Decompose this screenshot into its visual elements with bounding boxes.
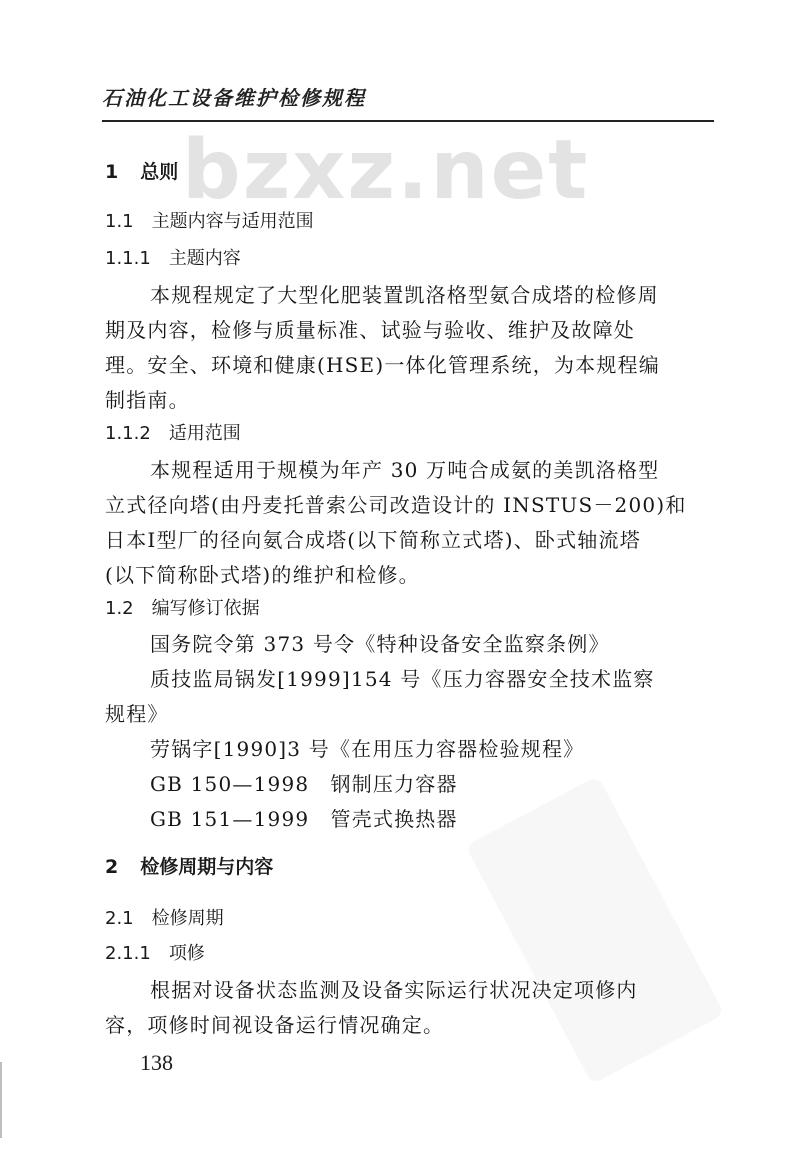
paragraph-line: 本规程规定了大型化肥装置凯洛格型氨合成塔的检修周 [150, 285, 659, 305]
header-rule [102, 120, 714, 122]
paragraph-line: 日本Ⅰ型厂的径向氨合成塔(以下简称立式塔)、卧式轴流塔 [105, 530, 641, 550]
section-heading-2-1-1: 2.1.1项修 [105, 945, 205, 963]
section-title: 主题内容与适用范围 [152, 211, 314, 232]
section-heading-1-1-2: 1.1.2适用范围 [105, 425, 241, 443]
section-heading-1-1: 1.1主题内容与适用范围 [105, 213, 314, 231]
paragraph-line: 立式径向塔(由丹麦托普索公司改造设计的 INSTUS－200)和 [105, 495, 687, 515]
paragraph-line: (以下简称卧式塔)的维护和检修。 [105, 565, 420, 585]
section-title: 检修周期与内容 [140, 856, 273, 878]
reference-item: 劳锅字[1990]3 号《在用压力容器检验规程》 [150, 739, 584, 759]
reference-item: GB 150—1998 钢制压力容器 [150, 774, 458, 794]
paragraph-line: 理。安全、环境和健康(HSE)一体化管理系统，为本规程编 [105, 355, 660, 375]
section-number: 1.2 [105, 600, 134, 618]
section-number: 1.1.2 [105, 425, 151, 443]
paragraph-line: 期及内容，检修与质量标准、试验与验收、维护及故障处 [105, 320, 635, 340]
section-title: 检修周期 [152, 908, 224, 929]
paragraph-line: 本规程适用于规模为年产 30 万吨合成氨的美凯洛格型 [150, 460, 659, 480]
watermark-text: bzxz.net [182, 130, 589, 212]
section-number: 1 [105, 163, 118, 182]
reference-item-continuation: 规程》 [105, 704, 169, 724]
paragraph-line: 制指南。 [105, 390, 190, 410]
reference-item: 国务院令第 373 号令《特种设备安全监察条例》 [150, 634, 610, 654]
section-number: 2.1.1 [105, 945, 151, 963]
section-heading-2-1: 2.1检修周期 [105, 910, 224, 928]
section-heading-1-1-1: 1.1.1主题内容 [105, 250, 241, 268]
section-title: 项修 [169, 943, 205, 964]
section-number: 2.1 [105, 910, 134, 928]
watermark-stamp [465, 776, 724, 1085]
section-title: 主题内容 [169, 248, 241, 269]
section-heading-1-2: 1.2编写修订依据 [105, 600, 260, 618]
section-number: 1.1 [105, 213, 134, 231]
section-title: 适用范围 [169, 423, 241, 444]
section-heading-2: 2检修周期与内容 [105, 858, 273, 877]
paragraph-line: 根据对设备状态监测及设备实际运行状况决定项修内 [150, 980, 638, 1000]
reference-item: 质技监局锅发[1999]154 号《压力容器安全技术监察 [150, 669, 655, 689]
section-number: 2 [105, 858, 118, 877]
section-number: 1.1.1 [105, 250, 151, 268]
running-header-title: 石油化工设备维护检修规程 [102, 82, 366, 111]
section-title: 编写修订依据 [152, 598, 260, 619]
scan-edge-mark [0, 1062, 2, 1138]
paragraph-line: 容，项修时间视设备运行情况确定。 [105, 1015, 444, 1035]
section-heading-1: 1总则 [105, 163, 178, 182]
reference-item: GB 151—1999 管壳式换热器 [150, 809, 458, 829]
document-page: 石油化工设备维护检修规程 bzxz.net 1总则 1.1主题内容与适用范围 1… [0, 0, 800, 1158]
section-title: 总则 [140, 161, 178, 183]
page-number: 138 [140, 1050, 173, 1076]
